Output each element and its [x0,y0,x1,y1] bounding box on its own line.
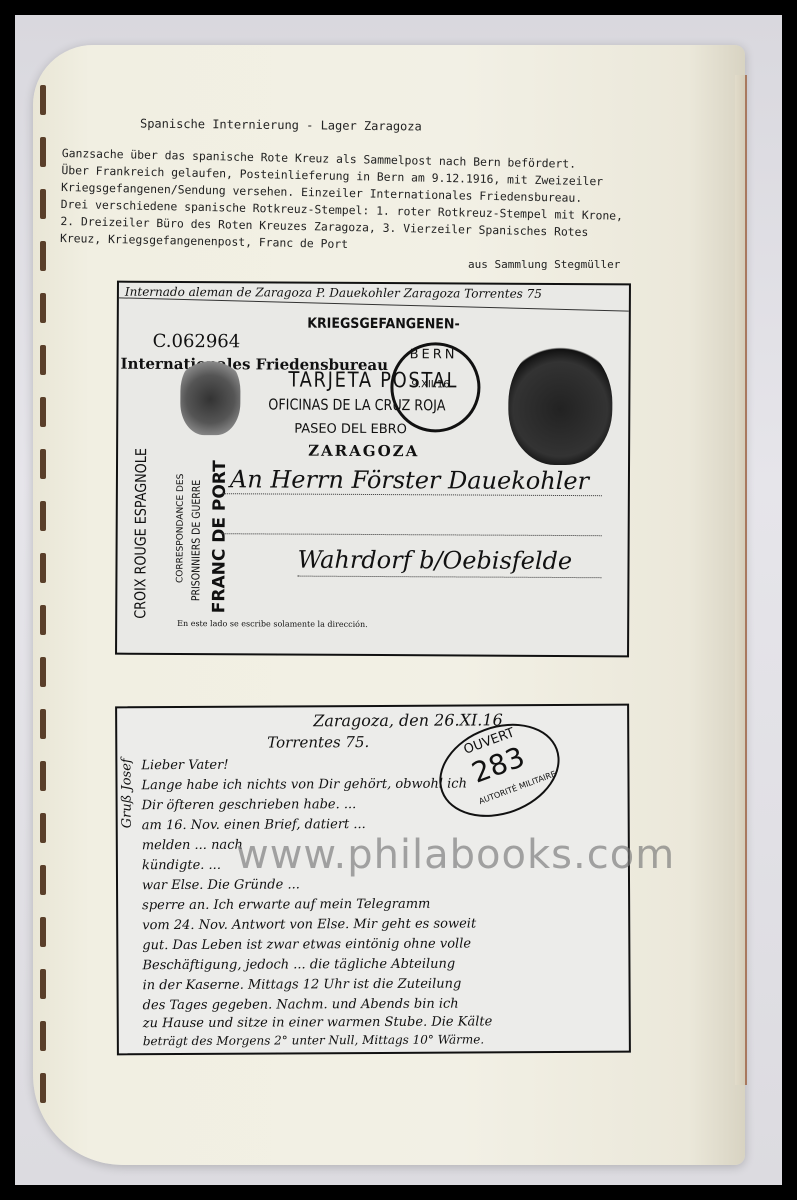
postcard-front-image: Internado aleman de Zaragoza P. Dauekohl… [115,281,631,658]
page-stack-edge [735,75,747,1085]
letter-line: war Else. Die Gründe ... [142,877,300,893]
spanish-coat-of-arms-icon [180,355,240,435]
letter-line: melden ... nach [142,838,243,854]
address-line-2: Wahrdorf b/Oebisfelde [297,546,572,575]
letter-line: Dir öfteren geschrieben habe. ... [142,797,357,813]
correspondance-stamp-line1: CORRESPONDANCE DES [175,474,186,583]
letter-line: kündigte. ... [142,858,221,873]
red-cross-crown-stamp-icon [508,341,613,466]
description-text: Ganzsache über das spanische Rote Kreuz … [60,145,702,260]
card-footer-note: En este lado se escribe solamente la dir… [177,619,368,629]
margin-note: Gruß Josef [119,758,134,828]
letter-street: Torrentes 75. [267,733,369,752]
card-serial-number: C.062964 [153,331,241,352]
croix-rouge-stamp: CROIX ROUGE ESPAGNOLE [131,448,150,619]
postcard-back-image: Zaragoza, den 26.XI.16 Torrentes 75. OUV… [115,704,631,1056]
letter-line: Beschäftigung, jedoch ... die tägliche A… [142,957,455,974]
letter-line: am 16. Nov. einen Brief, datiert ... [142,817,366,833]
letter-date: Zaragoza, den 26.XI.16 [313,710,503,730]
letter-line: beträgt des Morgens 2° unter Null, Mitta… [143,1032,484,1048]
site-watermark: www.philabooks.com [236,832,675,878]
postmark-city: BERN [410,347,458,362]
address-line-1: An Herrn Förster Dauekohler [230,465,589,495]
collection-credit: aus Sammlung Stegmüller [468,258,620,271]
correspondance-stamp-line2: PRISONNIERS DE GUERRE [189,480,203,601]
kriegsgefangenen-handstamp: KRIEGSGEFANGENEN- [307,316,460,333]
letter-line: zu Hause und sitze in einer warmen Stube… [143,1014,493,1031]
bern-postmark: BERN 9.XII.16 [390,342,480,432]
letter-line: Lieber Vater! [141,758,228,773]
letter-line: des Tages gegeben. Nachm. und Abends bin… [143,997,459,1014]
letter-text: Lieber Vater! Lange habe ich nichts von … [117,706,627,709]
address-rule [297,576,601,579]
letter-line: Lange habe ich nichts von Dir gehört, ob… [141,777,467,794]
postmark-date: 9.XII.16 [411,379,449,390]
office-line-2: PASEO DEL EBRO [294,422,407,438]
spiral-binding [36,85,48,1185]
franc-de-port-stamp: FRANC DE PORT [209,460,230,613]
letter-line: in der Kaserne. Mittags 12 Uhr ist die Z… [143,977,462,994]
office-line-3: ZARAGOZA [308,442,419,461]
letter-line: sperre an. Ich erwarte auf mein Telegram… [142,897,430,914]
letter-line: gut. Das Leben ist zwar etwas eintönig o… [142,936,471,953]
letter-line: vom 24. Nov. Antwort von Else. Mir geht … [142,916,476,933]
page-heading: Spanische Internierung - Lager Zaragoza [140,117,422,134]
address-rule [222,533,602,536]
